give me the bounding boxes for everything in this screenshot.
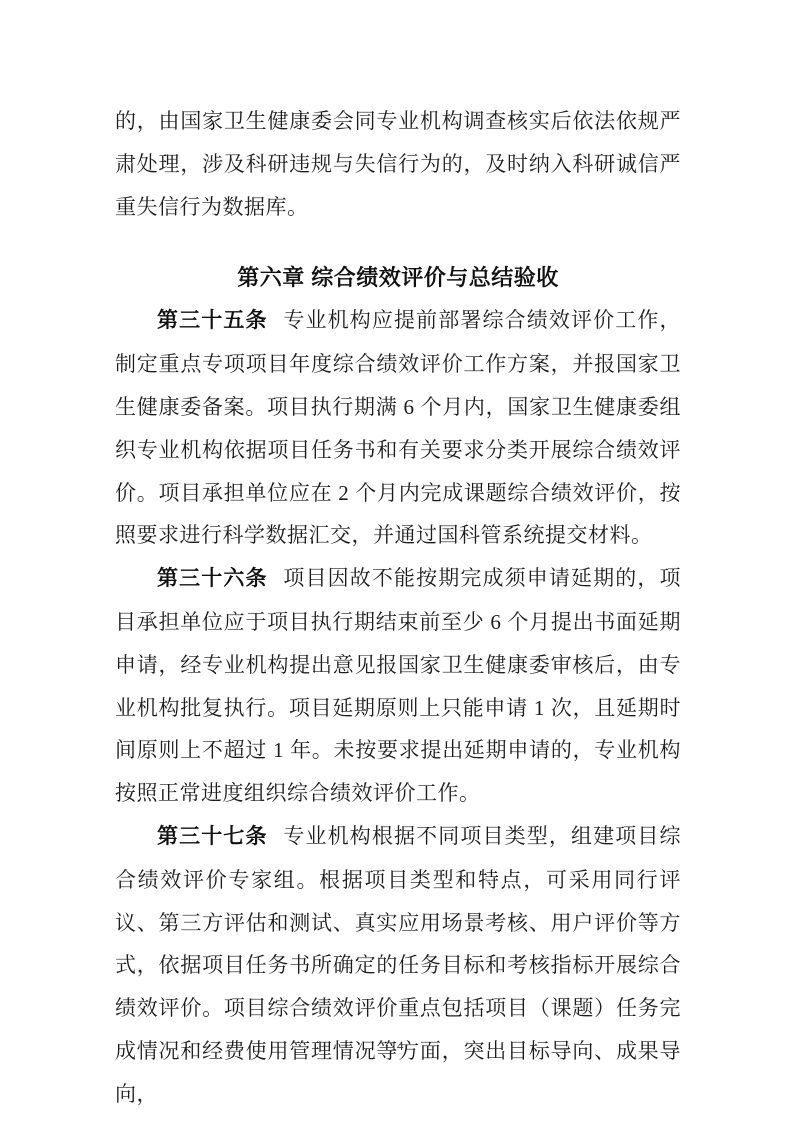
article-paragraph-36: 第三十六条项目因故不能按期完成须申请延期的，项目承担单位应于项目执行期结束前至少… <box>115 557 681 815</box>
document-body: 的，由国家卫生健康委会同专业机构调查核实后依法依规严肃处理，涉及科研违规与失信行… <box>115 100 681 1116</box>
article-paragraph-35: 第三十五条专业机构应提前部署综合绩效评价工作，制定重点专项项目年度综合绩效评价工… <box>115 299 681 557</box>
chapter-heading: 第六章 综合绩效评价与总结验收 <box>115 256 681 299</box>
article-37-number-label: 第三十七条 <box>157 825 268 848</box>
page-number: 14 <box>0 1038 794 1054</box>
article-37-text: 专业机构根据不同项目类型，组建项目综合绩效评价专家组。根据项目类型和特点，可采用… <box>115 824 681 1106</box>
article-paragraph-37: 第三十七条专业机构根据不同项目类型，组建项目综合绩效评价专家组。根据项目类型和特… <box>115 815 681 1116</box>
paragraph-continuation: 的，由国家卫生健康委会同专业机构调查核实后依法依规严肃处理，涉及科研违规与失信行… <box>115 100 681 228</box>
document-page: 的，由国家卫生健康委会同专业机构调查核实后依法依规严肃处理，涉及科研违规与失信行… <box>0 0 794 1123</box>
article-35-text: 专业机构应提前部署综合绩效评价工作，制定重点专项项目年度综合绩效评价工作方案，并… <box>115 308 681 547</box>
article-35-number-label: 第三十五条 <box>157 309 268 332</box>
article-36-text: 项目因故不能按期完成须申请延期的，项目承担单位应于项目执行期结束前至少 6 个月… <box>115 566 681 805</box>
article-36-number-label: 第三十六条 <box>157 567 268 590</box>
